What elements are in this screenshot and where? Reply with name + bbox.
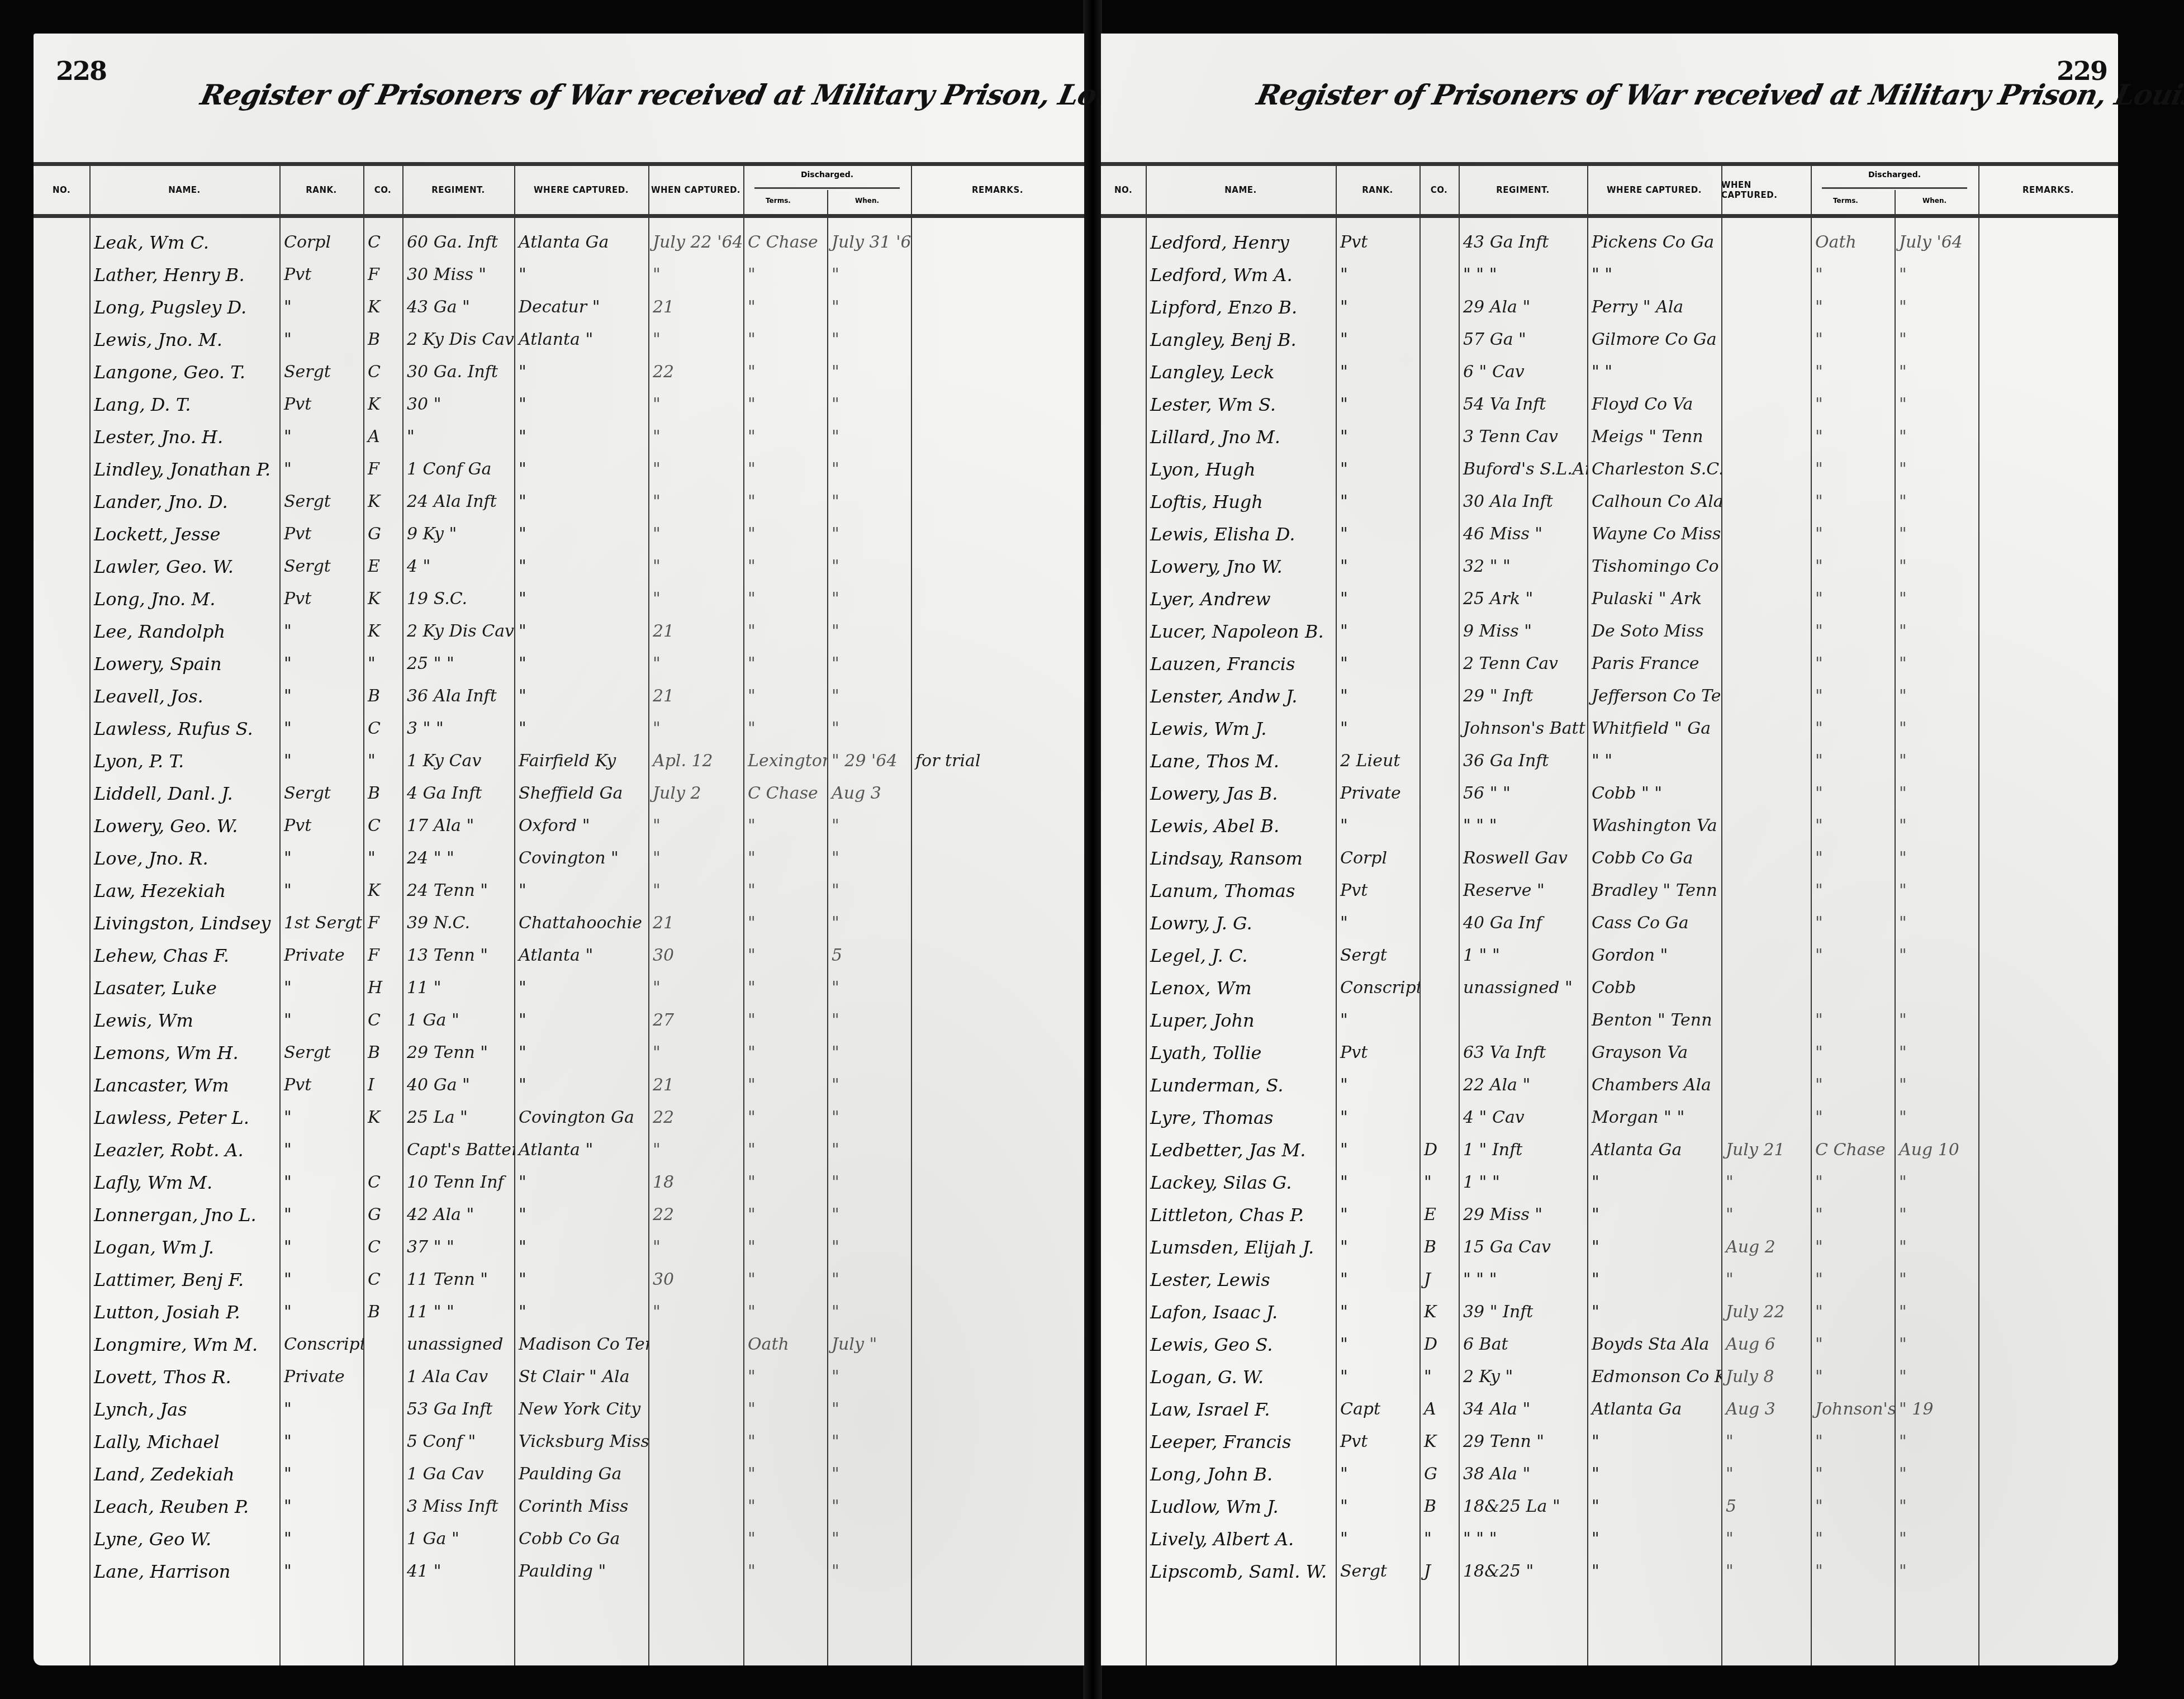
cell-co: K	[363, 615, 402, 648]
cell-when: 30	[648, 939, 743, 972]
table-row: Lancaster, WmPvtI40 Ga ""21""	[34, 1069, 1084, 1102]
cell-co: C	[363, 356, 402, 388]
cell-remarks	[911, 1166, 1084, 1199]
cell-remarks	[911, 1069, 1084, 1102]
cell-remarks	[911, 1231, 1084, 1264]
cell-rank: "	[1336, 1069, 1419, 1102]
left-page: 228 Register of Prisoners of War receive…	[34, 34, 1084, 1665]
cell-rank: Pvt	[1336, 226, 1419, 259]
cell-co: "	[1419, 1361, 1459, 1393]
cell-when: "	[648, 1296, 743, 1328]
cell-regiment: Johnson's Batt Art	[1459, 713, 1587, 745]
cell-where: "	[514, 1069, 648, 1102]
cell-regiment: Reserve "	[1459, 875, 1587, 907]
cell-terms: "	[1811, 550, 1895, 583]
cell-regiment: 9 Ky "	[402, 518, 514, 550]
cell-name: Lawless, Rufus S.	[89, 713, 279, 745]
table-row: Lewis, Wm"C1 Ga ""27""	[34, 1004, 1084, 1037]
cell-co: K	[363, 486, 402, 518]
cell-disch-when: "	[1895, 1069, 1978, 1102]
cell-disch-when: "	[827, 842, 911, 875]
cell-regiment: 1 Ga "	[402, 1004, 514, 1037]
table-row: Lipford, Enzo B."29 Ala "Perry " Ala""	[1101, 291, 2118, 324]
cell-when	[1721, 615, 1811, 648]
cell-co: I	[363, 1069, 402, 1102]
table-row: Leazler, Robt. A."Capt's BatteryAtlanta …	[34, 1134, 1084, 1166]
cell-when: "	[648, 324, 743, 356]
cell-remarks	[911, 1458, 1084, 1491]
cell-where: Atlanta Ga	[1587, 1393, 1721, 1426]
cell-remarks	[1978, 1199, 2118, 1231]
cell-remarks	[1978, 1523, 2118, 1555]
cell-disch-when: "	[827, 1458, 911, 1491]
cell-when: 21	[648, 680, 743, 713]
cell-where: Gilmore Co Ga	[1587, 324, 1721, 356]
cell-name: Lyon, Hugh	[1146, 453, 1336, 486]
cell-disch-when: "	[1895, 1166, 1978, 1199]
cell-where: Vicksburg Miss	[514, 1426, 648, 1458]
register-table-right: No. Name. Rank. Co. Regiment. Where Capt…	[1101, 162, 2118, 1665]
table-row: Love, Jno. R.""24 " "Covington """"	[34, 842, 1084, 875]
cell-disch-when: "	[827, 1523, 911, 1555]
cell-where: " "	[1587, 259, 1721, 291]
cell-rank: "	[1336, 713, 1419, 745]
cell-disch-when: "	[1895, 1264, 1978, 1296]
cell-rank: "	[1336, 1491, 1419, 1523]
table-row: Leak, Wm C.CorplC60 Ga. InftAtlanta GaJu…	[34, 226, 1084, 259]
cell-name: Lyath, Tollie	[1146, 1037, 1336, 1069]
cell-rank: "	[279, 1393, 363, 1426]
cell-regiment: 43 Ga Inft	[1459, 226, 1587, 259]
cell-remarks	[911, 615, 1084, 648]
cell-regiment: 30 "	[402, 388, 514, 421]
cell-name: Ledford, Henry	[1146, 226, 1336, 259]
cell-regiment: 29 Tenn "	[402, 1037, 514, 1069]
cell-disch-when: "	[1895, 1102, 1978, 1134]
cell-where: "	[514, 615, 648, 648]
cell-when	[1721, 550, 1811, 583]
cell-co: K	[1419, 1426, 1459, 1458]
cell-when	[648, 1555, 743, 1588]
cell-where: "	[514, 583, 648, 615]
cell-where: Morgan " "	[1587, 1102, 1721, 1134]
cell-rank: "	[279, 1102, 363, 1134]
cell-where: Covington "	[514, 842, 648, 875]
cell-regiment: 3 " "	[402, 713, 514, 745]
cell-regiment: 15 Ga Cav	[1459, 1231, 1587, 1264]
cell-rank: "	[1336, 324, 1419, 356]
cell-where: Chattahoochie	[514, 907, 648, 939]
cell-disch-when: "	[1895, 842, 1978, 875]
cell-rank: "	[279, 1491, 363, 1523]
cell-disch-when: "	[827, 875, 911, 907]
cell-disch-when: "	[827, 421, 911, 453]
cell-where: Covington Ga	[514, 1102, 648, 1134]
col-head-when-captured: When Captured.	[648, 166, 743, 214]
cell-co: K	[363, 1102, 402, 1134]
cell-co	[1419, 388, 1459, 421]
table-row: Lewis, Geo S."D6 BatBoyds Sta AlaAug 6""	[1101, 1328, 2118, 1361]
cell-rank: "	[279, 713, 363, 745]
cell-regiment: 1 Ala Cav	[402, 1361, 514, 1393]
cell-name: Lewis, Abel B.	[1146, 810, 1336, 842]
cell-where: "	[514, 875, 648, 907]
cell-name: Lunderman, S.	[1146, 1069, 1336, 1102]
cell-rank: "	[279, 615, 363, 648]
cell-co	[1419, 939, 1459, 972]
table-row: Ledford, Wm A."" " "" """	[1101, 259, 2118, 291]
cell-when: "	[648, 486, 743, 518]
page-number-left: 228	[56, 56, 106, 86]
cell-when: 27	[648, 1004, 743, 1037]
cell-remarks	[1978, 680, 2118, 713]
cell-where: "	[514, 259, 648, 291]
cell-when: "	[1721, 1166, 1811, 1199]
cell-disch-when: "	[827, 1199, 911, 1231]
cell-disch-when: "	[827, 648, 911, 680]
cell-rank: Sergt	[279, 486, 363, 518]
cell-remarks	[911, 713, 1084, 745]
cell-when: "	[648, 842, 743, 875]
cell-name: Lyer, Andrew	[1146, 583, 1336, 615]
cell-name: Lally, Michael	[89, 1426, 279, 1458]
cell-rank: Conscript	[1336, 972, 1419, 1004]
cell-where: "	[514, 1264, 648, 1296]
table-row: Lowery, Jas B.Private56 " "Cobb " """	[1101, 777, 2118, 810]
cell-when	[1721, 972, 1811, 1004]
table-row: Leach, Reuben P."3 Miss InftCorinth Miss…	[34, 1491, 1084, 1523]
table-row: Lackey, Silas G.""1 " """""	[1101, 1166, 2118, 1199]
cell-when: "	[648, 259, 743, 291]
cell-disch-when: July '64	[1895, 226, 1978, 259]
cell-co: C	[363, 1004, 402, 1037]
cell-remarks	[1978, 1555, 2118, 1588]
cell-where: Corinth Miss	[514, 1491, 648, 1523]
cell-remarks	[1978, 486, 2118, 518]
cell-co: D	[1419, 1328, 1459, 1361]
cell-where: "	[514, 421, 648, 453]
cell-where: "	[514, 518, 648, 550]
cell-co: "	[1419, 1166, 1459, 1199]
cell-disch-when: "	[827, 1102, 911, 1134]
cell-disch-when: July 31 '64	[827, 226, 911, 259]
cell-where: "	[514, 1037, 648, 1069]
cell-terms: "	[743, 1231, 827, 1264]
col-head-no: No.	[1101, 166, 1146, 214]
cell-rank: "	[1336, 453, 1419, 486]
cell-terms: "	[1811, 1361, 1895, 1393]
cell-remarks	[1978, 259, 2118, 291]
cell-terms: "	[743, 1523, 827, 1555]
table-row: Long, Jno. M.PvtK19 S.C.""""	[34, 583, 1084, 615]
table-row: Law, Hezekiah"K24 Tenn """""	[34, 875, 1084, 907]
cell-terms: "	[1811, 1102, 1895, 1134]
cell-terms: "	[743, 1458, 827, 1491]
table-row: Lyre, Thomas"4 " CavMorgan " """	[1101, 1102, 2118, 1134]
cell-name: Love, Jno. R.	[89, 842, 279, 875]
cell-regiment: 4 " Cav	[1459, 1102, 1587, 1134]
cell-regiment: 17 Ala "	[402, 810, 514, 842]
cell-remarks	[911, 453, 1084, 486]
cell-co: G	[1419, 1458, 1459, 1491]
cell-terms: "	[1811, 324, 1895, 356]
cell-name: Law, Israel F.	[1146, 1393, 1336, 1426]
table-row: Lenster, Andw J."29 " InftJefferson Co T…	[1101, 680, 2118, 713]
table-row: Lang, D. T.PvtK30 """""	[34, 388, 1084, 421]
cell-co: B	[363, 1296, 402, 1328]
cell-when: "	[1721, 1426, 1811, 1458]
cell-rank: Private	[279, 939, 363, 972]
cell-regiment: 30 Miss "	[402, 259, 514, 291]
cell-name: Leak, Wm C.	[89, 226, 279, 259]
cell-regiment: 29 " Inft	[1459, 680, 1587, 713]
cell-regiment: 3 Tenn Cav	[1459, 421, 1587, 453]
cell-name: Luper, John	[1146, 1004, 1336, 1037]
cell-disch-when: "	[827, 615, 911, 648]
table-row: Lafon, Isaac J."K39 " Inft"July 22""	[1101, 1296, 2118, 1328]
cell-when	[1721, 1102, 1811, 1134]
cell-rank: "	[279, 453, 363, 486]
cell-regiment: 36 Ga Inft	[1459, 745, 1587, 777]
cell-rank: "	[279, 1296, 363, 1328]
cell-where: De Soto Miss	[1587, 615, 1721, 648]
cell-co	[1419, 810, 1459, 842]
cell-co: C	[363, 1166, 402, 1199]
cell-when	[1721, 486, 1811, 518]
cell-when: 21	[648, 615, 743, 648]
cell-when: "	[648, 583, 743, 615]
cell-remarks	[1978, 1166, 2118, 1199]
cell-remarks	[1978, 421, 2118, 453]
cell-regiment: " " "	[1459, 259, 1587, 291]
col-head-remarks: Remarks.	[911, 166, 1084, 214]
cell-remarks	[1978, 1134, 2118, 1166]
cell-regiment: 29 Miss "	[1459, 1199, 1587, 1231]
cell-regiment: 53 Ga Inft	[402, 1393, 514, 1426]
cell-co	[1419, 486, 1459, 518]
cell-remarks	[1978, 1426, 2118, 1458]
cell-where: Wayne Co Miss	[1587, 518, 1721, 550]
cell-where: "	[1587, 1458, 1721, 1491]
table-row: Lindley, Jonathan P."F1 Conf Ga""""	[34, 453, 1084, 486]
cell-rank: "	[279, 875, 363, 907]
cell-terms: "	[1811, 1166, 1895, 1199]
cell-where: "	[514, 680, 648, 713]
cell-remarks	[1978, 713, 2118, 745]
cell-remarks	[911, 356, 1084, 388]
cell-rank: Pvt	[279, 259, 363, 291]
cell-terms: "	[1811, 842, 1895, 875]
cell-regiment: 11 Tenn "	[402, 1264, 514, 1296]
table-row: Lowery, Jno W."32 " "Tishomingo Co """	[1101, 550, 2118, 583]
cell-rank: "	[279, 1523, 363, 1555]
table-row: Lovett, Thos R.Private1 Ala CavSt Clair …	[34, 1361, 1084, 1393]
cell-when	[648, 1458, 743, 1491]
cell-when	[1721, 907, 1811, 939]
cell-terms: "	[1811, 1199, 1895, 1231]
cell-name: Longmire, Wm M.	[89, 1328, 279, 1361]
cell-when	[648, 1426, 743, 1458]
cell-rank: "	[279, 1199, 363, 1231]
cell-disch-when: "	[827, 291, 911, 324]
cell-when: "	[648, 1231, 743, 1264]
cell-where: "	[514, 550, 648, 583]
cell-when: "	[1721, 1523, 1811, 1555]
cell-name: Lewis, Wm	[89, 1004, 279, 1037]
cell-when	[1721, 583, 1811, 615]
cell-regiment: 32 " "	[1459, 550, 1587, 583]
cell-remarks	[911, 842, 1084, 875]
cell-disch-when: "	[1895, 1328, 1978, 1361]
cell-rank: "	[1336, 1523, 1419, 1555]
cell-remarks	[911, 226, 1084, 259]
cell-where: Oxford "	[514, 810, 648, 842]
cell-terms: "	[743, 1555, 827, 1588]
cell-when	[1721, 324, 1811, 356]
cell-regiment: unassigned	[402, 1328, 514, 1361]
cell-terms	[1811, 972, 1895, 1004]
cell-terms: "	[1811, 907, 1895, 939]
cell-terms: "	[743, 1491, 827, 1523]
cell-where: Bradley " Tenn	[1587, 875, 1721, 907]
cell-disch-when: "	[1895, 259, 1978, 291]
cell-when	[1721, 1069, 1811, 1102]
cell-regiment: 24 " "	[402, 842, 514, 875]
table-row: Lather, Henry B.PvtF30 Miss """""	[34, 259, 1084, 291]
cell-co: H	[363, 972, 402, 1004]
cell-remarks	[1978, 1264, 2118, 1296]
cell-regiment: 22 Ala "	[1459, 1069, 1587, 1102]
cell-where: Boyds Sta Ala	[1587, 1328, 1721, 1361]
table-row: Lawless, Peter L."K25 La "Covington Ga22…	[34, 1102, 1084, 1134]
cell-when: "	[648, 388, 743, 421]
cell-remarks: for trial	[911, 745, 1084, 777]
cell-terms: "	[743, 615, 827, 648]
table-row: Ludlow, Wm J."B18&25 La ""5""	[1101, 1491, 2118, 1523]
cell-disch-when: "	[827, 388, 911, 421]
cell-remarks	[911, 1264, 1084, 1296]
cell-when: July 2	[648, 777, 743, 810]
cell-name: Leach, Reuben P.	[89, 1491, 279, 1523]
cell-co	[1419, 907, 1459, 939]
cell-where: "	[514, 356, 648, 388]
cell-disch-when: "	[1895, 939, 1978, 972]
cell-disch-when: "	[1895, 713, 1978, 745]
cell-name: Langley, Benj B.	[1146, 324, 1336, 356]
cell-disch-when: "	[1895, 745, 1978, 777]
cell-regiment: 40 Ga "	[402, 1069, 514, 1102]
cell-where: "	[1587, 1523, 1721, 1555]
cell-where: Atlanta "	[514, 939, 648, 972]
cell-terms: "	[743, 388, 827, 421]
cell-disch-when: "	[827, 1231, 911, 1264]
cell-regiment: 13 Tenn "	[402, 939, 514, 972]
cell-disch-when: "	[827, 810, 911, 842]
table-row: Logan, Wm J."C37 " """""	[34, 1231, 1084, 1264]
cell-rank: "	[1336, 1296, 1419, 1328]
cell-rank: "	[1336, 259, 1419, 291]
cell-rank: "	[1336, 550, 1419, 583]
cell-terms: "	[1811, 388, 1895, 421]
cell-terms: "	[743, 1393, 827, 1426]
table-row: Lawler, Geo. W.SergtE4 """""	[34, 550, 1084, 583]
cell-when	[648, 1523, 743, 1555]
cell-co	[1419, 421, 1459, 453]
cell-name: Lewis, Jno. M.	[89, 324, 279, 356]
cell-regiment: 37 " "	[402, 1231, 514, 1264]
cell-remarks	[911, 648, 1084, 680]
cell-name: Lafon, Isaac J.	[1146, 1296, 1336, 1328]
cell-co	[363, 1555, 402, 1588]
cell-co: J	[1419, 1264, 1459, 1296]
table-row: Lyon, P. T.""1 Ky CavFairfield KyApl. 12…	[34, 745, 1084, 777]
cell-terms: "	[1811, 680, 1895, 713]
cell-regiment: 1 " "	[1459, 1166, 1587, 1199]
cell-terms: "	[743, 550, 827, 583]
cell-name: Lillard, Jno M.	[1146, 421, 1336, 453]
cell-terms: "	[743, 648, 827, 680]
cell-terms: "	[743, 486, 827, 518]
cell-where: Pulaski " Ark	[1587, 583, 1721, 615]
cell-rank: "	[1336, 1231, 1419, 1264]
cell-remarks	[1978, 518, 2118, 550]
cell-remarks	[1978, 1037, 2118, 1069]
table-row: Leavell, Jos."B36 Ala Inft"21""	[34, 680, 1084, 713]
cell-terms: "	[743, 875, 827, 907]
cell-name: Liddell, Danl. J.	[89, 777, 279, 810]
cell-rank: "	[279, 324, 363, 356]
cell-disch-when: "	[1895, 291, 1978, 324]
cell-regiment: 40 Ga Inf	[1459, 907, 1587, 939]
cell-disch-when: "	[827, 1393, 911, 1426]
cell-disch-when: "	[1895, 1361, 1978, 1393]
cell-terms: "	[1811, 486, 1895, 518]
cell-rank: "	[1336, 1004, 1419, 1037]
cell-co: B	[1419, 1491, 1459, 1523]
cell-regiment: 4 "	[402, 550, 514, 583]
table-row: Lumsden, Elijah J."B15 Ga Cav"Aug 2""	[1101, 1231, 2118, 1264]
cell-disch-when: "	[1895, 356, 1978, 388]
cell-co	[1419, 1004, 1459, 1037]
cell-name: Lackey, Silas G.	[1146, 1166, 1336, 1199]
cell-co: J	[1419, 1555, 1459, 1588]
cell-remarks	[1978, 291, 2118, 324]
cell-co	[1419, 259, 1459, 291]
cell-disch-when: "	[1895, 648, 1978, 680]
cell-where: "	[514, 388, 648, 421]
table-row: Lonnergan, Jno L."G42 Ala ""22""	[34, 1199, 1084, 1231]
cell-terms: "	[743, 453, 827, 486]
col-head-name: Name.	[1146, 166, 1336, 214]
table-row: Livingston, Lindsey1st SergtF39 N.C.Chat…	[34, 907, 1084, 939]
cell-where: St Clair " Ala	[514, 1361, 648, 1393]
cell-when	[1721, 259, 1811, 291]
cell-where: "	[514, 648, 648, 680]
cell-disch-when: "	[827, 583, 911, 615]
cell-co	[363, 1458, 402, 1491]
table-row: Legel, J. C.Sergt1 " "Gordon """	[1101, 939, 2118, 972]
cell-remarks	[911, 550, 1084, 583]
cell-remarks	[911, 1523, 1084, 1555]
cell-terms: "	[1811, 453, 1895, 486]
cell-remarks	[911, 972, 1084, 1004]
cell-terms: "	[743, 713, 827, 745]
cell-co	[363, 1523, 402, 1555]
cell-when	[1721, 518, 1811, 550]
cell-terms: "	[1811, 1328, 1895, 1361]
cell-rank: "	[279, 648, 363, 680]
cell-name: Lee, Randolph	[89, 615, 279, 648]
